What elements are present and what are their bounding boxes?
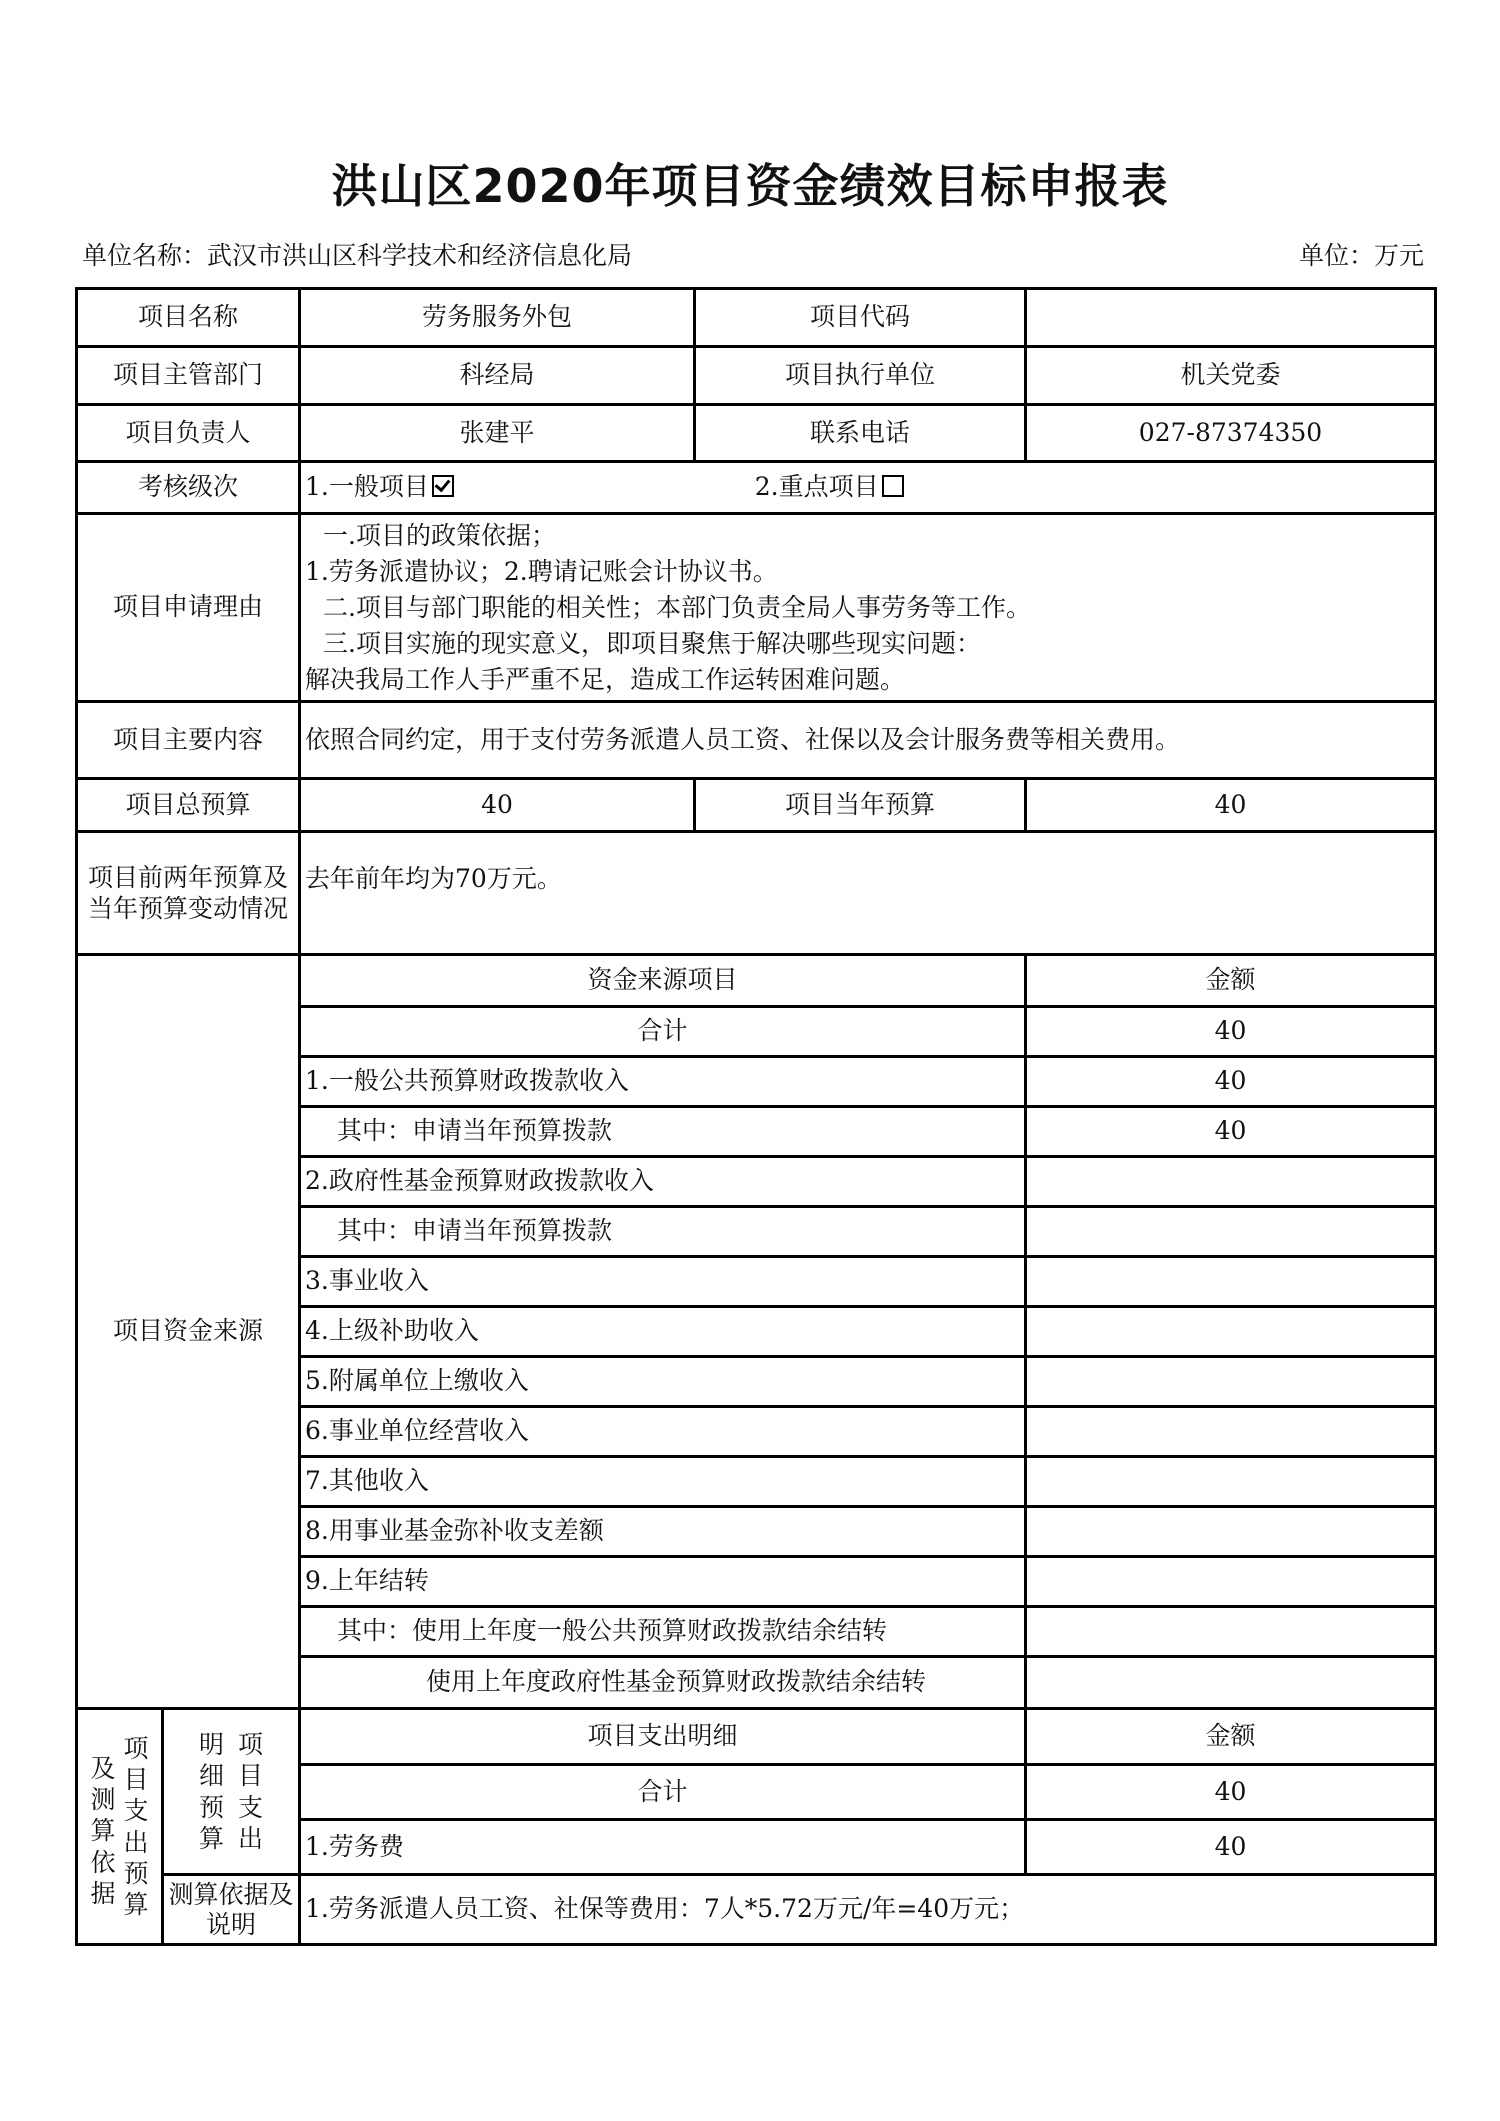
funding-item: 其中：使用上年度一般公共预算财政拨款结余结转 bbox=[300, 1607, 1026, 1657]
funding-amount[interactable]: 40 bbox=[1026, 1107, 1436, 1157]
level-option-general[interactable]: 1.一般项目 bbox=[305, 472, 462, 501]
expenditure-amount[interactable]: 40 bbox=[1026, 1765, 1436, 1820]
expenditure-header-amount: 金额 bbox=[1026, 1709, 1436, 1765]
prior-budget-label: 项目前两年预算及当年预算变动情况 bbox=[77, 832, 300, 955]
row-reason: 项目申请理由 一.项目的政策依据； 1.劳务派遣协议；2.聘请记账会计协议书。 … bbox=[77, 514, 1436, 702]
funding-amount[interactable] bbox=[1026, 1307, 1436, 1357]
level-options: 1.一般项目 2.重点项目 bbox=[300, 462, 1436, 514]
expenditure-header-item: 项目支出明细 bbox=[300, 1709, 1026, 1765]
main-content-text[interactable]: 依照合同约定，用于支付劳务派遣人员工资、社保以及会计服务费等相关费用。 bbox=[300, 702, 1436, 779]
funding-amount[interactable] bbox=[1026, 1457, 1436, 1507]
funding-item: 其中：申请当年预算拨款 bbox=[300, 1107, 1026, 1157]
calc-basis-row: 测算依据及说明 1.劳务派遣人员工资、社保等费用：7人*5.72万元/年=40万… bbox=[77, 1875, 1436, 1945]
funding-header-amount: 金额 bbox=[1026, 955, 1436, 1007]
expenditure-outer-label: 及测算依据 项目支出预算 bbox=[77, 1709, 163, 1945]
dept-value[interactable]: 科经局 bbox=[300, 347, 695, 405]
project-name-label: 项目名称 bbox=[77, 289, 300, 347]
funding-amount[interactable] bbox=[1026, 1557, 1436, 1607]
funding-amount[interactable] bbox=[1026, 1357, 1436, 1407]
funding-header-item: 资金来源项目 bbox=[300, 955, 1026, 1007]
row-level: 考核级次 1.一般项目 2.重点项目 bbox=[77, 462, 1436, 514]
calc-basis-label: 测算依据及说明 bbox=[163, 1875, 300, 1945]
level-label: 考核级次 bbox=[77, 462, 300, 514]
phone-label: 联系电话 bbox=[695, 405, 1026, 462]
dept-label: 项目主管部门 bbox=[77, 347, 300, 405]
row-prior-budget: 项目前两年预算及当年预算变动情况 去年前年均为70万元。 bbox=[77, 832, 1436, 955]
funding-item: 3.事业收入 bbox=[300, 1257, 1026, 1307]
project-code-label: 项目代码 bbox=[695, 289, 1026, 347]
row-dept: 项目主管部门 科经局 项目执行单位 机关党委 bbox=[77, 347, 1436, 405]
row-leader: 项目负责人 张建平 联系电话 027-87374350 bbox=[77, 405, 1436, 462]
current-budget-label: 项目当年预算 bbox=[695, 779, 1026, 832]
funding-item: 使用上年度政府性基金预算财政拨款结余结转 bbox=[300, 1657, 1026, 1709]
calc-basis-text[interactable]: 1.劳务派遣人员工资、社保等费用：7人*5.72万元/年=40万元； bbox=[300, 1875, 1436, 1945]
performance-goal-form: 项目名称 劳务服务外包 项目代码 项目主管部门 科经局 项目执行单位 机关党委 … bbox=[75, 287, 1437, 1946]
reason-text[interactable]: 一.项目的政策依据； 1.劳务派遣协议；2.聘请记账会计协议书。 二.项目与部门… bbox=[300, 514, 1436, 702]
expenditure-amount[interactable]: 40 bbox=[1026, 1820, 1436, 1875]
funding-amount[interactable] bbox=[1026, 1657, 1436, 1709]
funding-item: 1.一般公共预算财政拨款收入 bbox=[300, 1057, 1026, 1107]
funding-amount[interactable] bbox=[1026, 1507, 1436, 1557]
funding-amount[interactable]: 40 bbox=[1026, 1007, 1436, 1057]
funding-item: 其中：申请当年预算拨款 bbox=[300, 1207, 1026, 1257]
prior-budget-text[interactable]: 去年前年均为70万元。 bbox=[300, 832, 1436, 955]
total-budget-value[interactable]: 40 bbox=[300, 779, 695, 832]
unit-name: 单位名称：武汉市洪山区科学技术和经济信息化局 bbox=[82, 236, 632, 272]
funding-item: 2.政府性基金预算财政拨款收入 bbox=[300, 1157, 1026, 1207]
level-option-key[interactable]: 2.重点项目 bbox=[755, 472, 904, 501]
page-title: 洪山区2020年项目资金绩效目标申报表 bbox=[0, 150, 1500, 216]
funding-item: 7.其他收入 bbox=[300, 1457, 1026, 1507]
expenditure-header-row: 及测算依据 项目支出预算 明细预算 项目支出 项目支出明细 金额 bbox=[77, 1709, 1436, 1765]
project-code-value[interactable] bbox=[1026, 289, 1436, 347]
exec-unit-label: 项目执行单位 bbox=[695, 347, 1026, 405]
project-name-value[interactable]: 劳务服务外包 bbox=[300, 289, 695, 347]
funding-amount[interactable] bbox=[1026, 1207, 1436, 1257]
exec-unit-value[interactable]: 机关党委 bbox=[1026, 347, 1436, 405]
funding-amount[interactable] bbox=[1026, 1607, 1436, 1657]
funding-amount[interactable] bbox=[1026, 1257, 1436, 1307]
main-content-label: 项目主要内容 bbox=[77, 702, 300, 779]
funding-sources-label: 项目资金来源 bbox=[77, 955, 300, 1709]
funding-item-total: 合计 bbox=[300, 1007, 1026, 1057]
row-budget: 项目总预算 40 项目当年预算 40 bbox=[77, 779, 1436, 832]
funding-amount[interactable] bbox=[1026, 1407, 1436, 1457]
funding-item: 4.上级补助收入 bbox=[300, 1307, 1026, 1357]
funding-item: 6.事业单位经营收入 bbox=[300, 1407, 1026, 1457]
checked-box-icon[interactable] bbox=[432, 475, 454, 497]
row-project-name: 项目名称 劳务服务外包 项目代码 bbox=[77, 289, 1436, 347]
currency-unit: 单位：万元 bbox=[1299, 236, 1424, 272]
funding-amount[interactable]: 40 bbox=[1026, 1057, 1436, 1107]
funding-item: 9.上年结转 bbox=[300, 1557, 1026, 1607]
leader-label: 项目负责人 bbox=[77, 405, 300, 462]
funding-item: 8.用事业基金弥补收支差额 bbox=[300, 1507, 1026, 1557]
unchecked-box-icon[interactable] bbox=[882, 475, 904, 497]
funding-item: 5.附属单位上缴收入 bbox=[300, 1357, 1026, 1407]
expenditure-detail-label: 明细预算 项目支出 bbox=[163, 1709, 300, 1875]
phone-value[interactable]: 027-87374350 bbox=[1026, 405, 1436, 462]
row-main-content: 项目主要内容 依照合同约定，用于支付劳务派遣人员工资、社保以及会计服务费等相关费… bbox=[77, 702, 1436, 779]
expenditure-item: 1.劳务费 bbox=[300, 1820, 1026, 1875]
current-budget-value[interactable]: 40 bbox=[1026, 779, 1436, 832]
leader-value[interactable]: 张建平 bbox=[300, 405, 695, 462]
reason-label: 项目申请理由 bbox=[77, 514, 300, 702]
funding-amount[interactable] bbox=[1026, 1157, 1436, 1207]
funding-header-row: 项目资金来源 资金来源项目 金额 bbox=[77, 955, 1436, 1007]
expenditure-item-total: 合计 bbox=[300, 1765, 1026, 1820]
total-budget-label: 项目总预算 bbox=[77, 779, 300, 832]
